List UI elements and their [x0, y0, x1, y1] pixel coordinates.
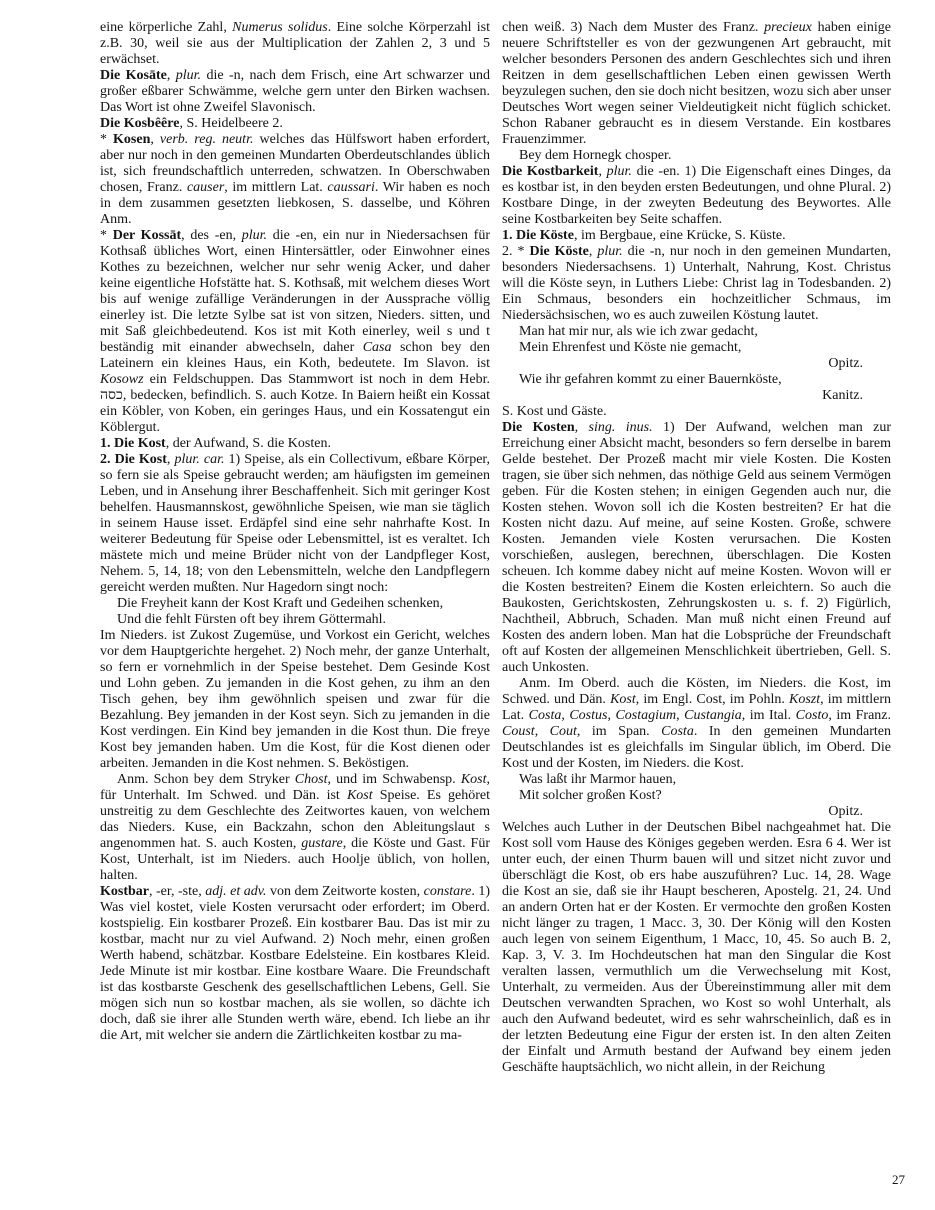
verse-line: Mein Ehrenfest und Köste nie gemacht,	[502, 340, 891, 356]
verse-line: Die Freyheit kann der Kost Kraft und Ged…	[100, 596, 490, 612]
verse-line: Was laßt ihr Marmor hauen,	[502, 772, 891, 788]
paragraph: chen weiß. 3) Nach dem Muster des Franz.…	[502, 20, 891, 148]
verse-line: Wie ihr gefahren kommt zu einer Bauernkö…	[502, 372, 891, 388]
quote-attribution: Opitz.	[502, 356, 891, 372]
paragraph: Kostbar, -er, -ste, adj. et adv. von dem…	[100, 884, 490, 1044]
paragraph: * Der Kossāt, des -en, plur. die -en, ei…	[100, 228, 490, 436]
paragraph: Die Kostbarkeit, plur. die -en. 1) Die E…	[502, 164, 891, 228]
paragraph: S. Kost und Gäste.	[502, 404, 891, 420]
paragraph: eine körperliche Zahl, Numerus solidus. …	[100, 20, 490, 68]
paragraph: Im Nieders. ist Zukost Zugemüse, und Vor…	[100, 628, 490, 772]
paragraph: 1. Die Kost, der Aufwand, S. die Kosten.	[100, 436, 490, 452]
paragraph: Anm. Schon bey dem Stryker Chost, und im…	[100, 772, 490, 884]
paragraph: Anm. Im Oberd. auch die Kösten, im Niede…	[502, 676, 891, 772]
left-column: eine körperliche Zahl, Numerus solidus. …	[100, 20, 490, 1170]
paragraph: * Kosen, verb. reg. neutr. welches das H…	[100, 132, 490, 228]
paragraph: Die Kosāte, plur. die -n, nach dem Frisc…	[100, 68, 490, 116]
paragraph: 2. * Die Köste, plur. die -n, nur noch i…	[502, 244, 891, 324]
verse-line: Und die fehlt Fürsten oft bey ihrem Gött…	[100, 612, 490, 628]
paragraph: 2. Die Kost, plur. car. 1) Speise, als e…	[100, 452, 490, 596]
page-number: 27	[892, 1172, 905, 1188]
verse-line: Mit solcher großen Kost?	[502, 788, 891, 804]
paragraph: Welches auch Luther in der Deutschen Bib…	[502, 820, 891, 1076]
paragraph: Die Kosbêêre, S. Heidelbeere 2.	[100, 116, 490, 132]
quote-attribution: Kanitz.	[502, 388, 891, 404]
quote-attribution: Opitz.	[502, 804, 891, 820]
paragraph: 1. Die Köste, im Bergbaue, eine Krücke, …	[502, 228, 891, 244]
verse-line: Bey dem Hornegk chosper.	[502, 148, 891, 164]
paragraph: Die Kosten, sing. inus. 1) Der Aufwand, …	[502, 420, 891, 676]
verse-line: Man hat mir nur, als wie ich zwar gedach…	[502, 324, 891, 340]
dictionary-page: eine körperliche Zahl, Numerus solidus. …	[0, 0, 935, 1210]
right-column: chen weiß. 3) Nach dem Muster des Franz.…	[502, 20, 891, 1170]
